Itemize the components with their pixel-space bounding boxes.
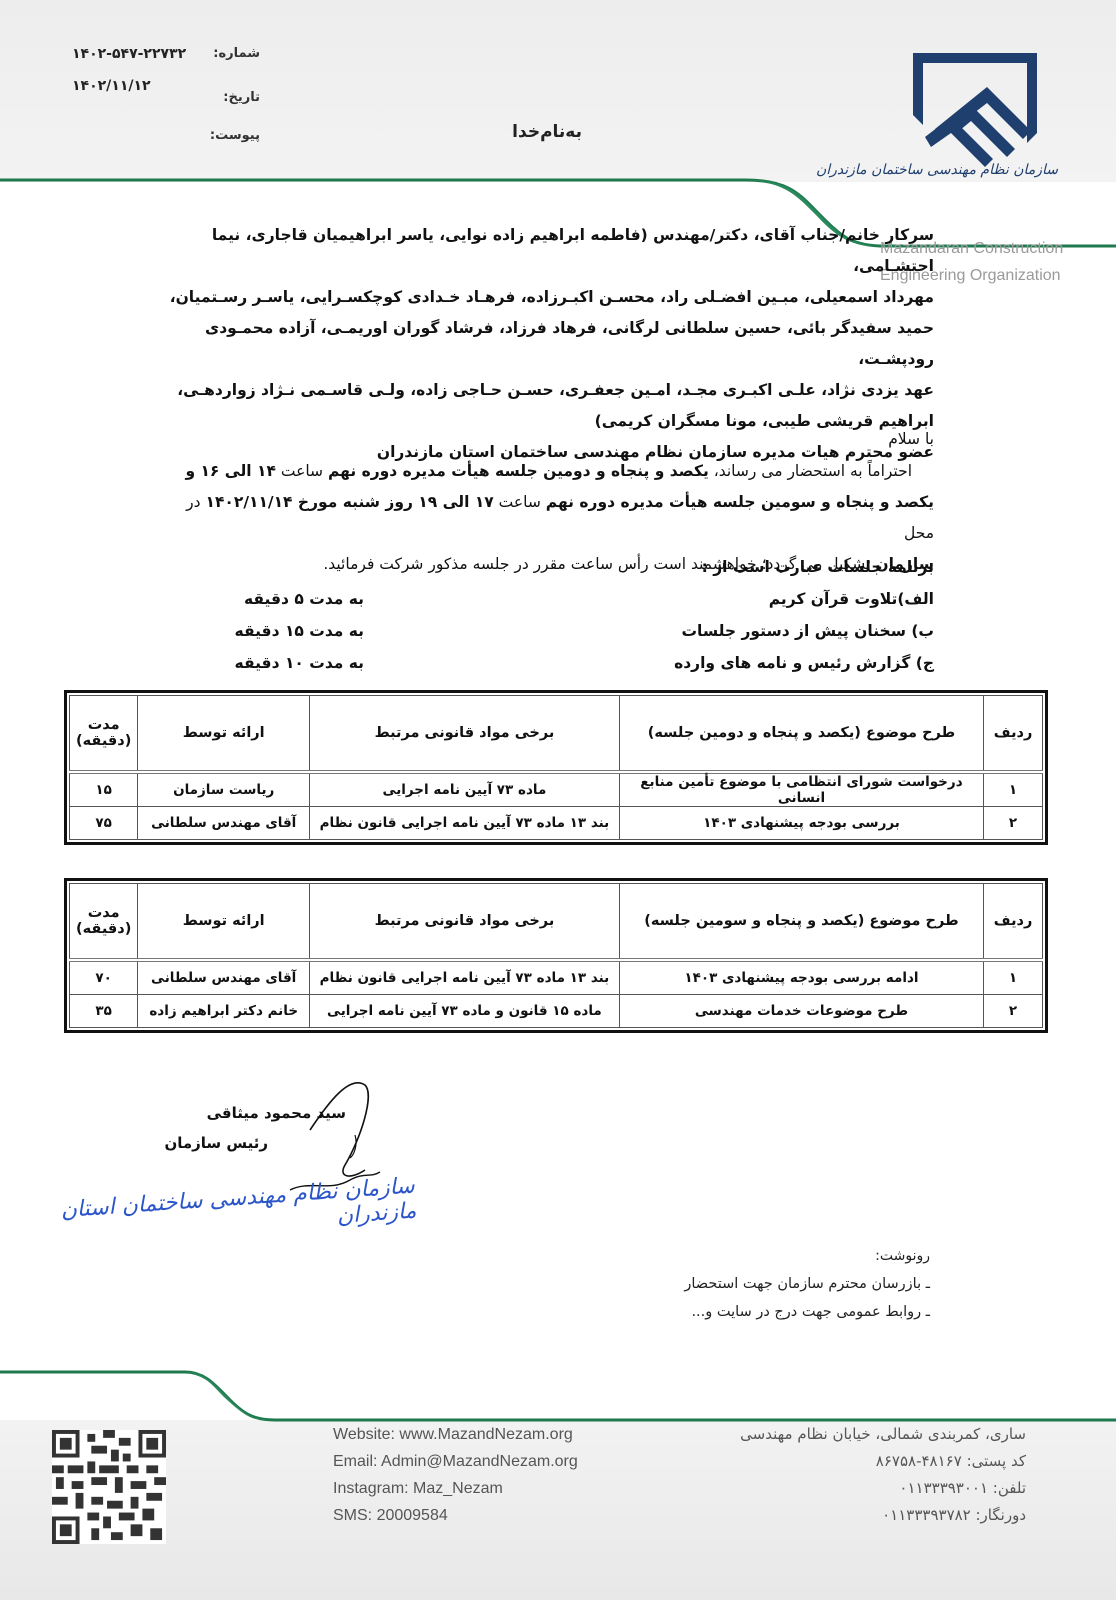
footer-contact-fa: ساری، کمربندی شمالی، خیابان نظام مهندسی … bbox=[740, 1421, 1026, 1529]
col-header-duration: مدت(دقیقه) bbox=[70, 884, 138, 961]
recipient-line: حمید سفیدگر بائی، حسین سلطانی لرگانی، فر… bbox=[164, 313, 934, 375]
footer-contact-en: Website: www.MazandNezam.org Email: Admi… bbox=[333, 1421, 578, 1529]
program-item-duration: به مدت ۱۵ دقیقه bbox=[235, 616, 364, 647]
date-value: ۱۴۰۲/۱۱/۱۲ bbox=[72, 78, 151, 94]
phone-number: تلفن: ۰۱۱۳۳۳۹۳۰۰۱ bbox=[740, 1475, 1026, 1502]
qr-code-icon[interactable] bbox=[52, 1430, 166, 1544]
bismillah-heading: به‌نام‌خدا bbox=[512, 122, 582, 142]
agenda-table-session-153: ردیف طرح موضوع (یکصد و پنجاه و سومین جلس… bbox=[64, 878, 1048, 1033]
col-header-duration: مدت(دقیقه) bbox=[70, 696, 138, 773]
program-item-label: ب) سخنان پیش از دستور جلسات bbox=[681, 616, 934, 647]
program-item-duration: به مدت ۵ دقیقه bbox=[244, 584, 364, 615]
col-header-presenter: ارائه توسط bbox=[138, 696, 310, 773]
table-row: ۲ طرح موضوعات خدمات مهندسی ماده ۱۵ قانون… bbox=[70, 995, 1043, 1028]
organization-stamp: سازمان نظام مهندسی ساختمان استان مازندرا… bbox=[0, 1174, 417, 1253]
col-header-presenter: ارائه توسط bbox=[138, 884, 310, 961]
greeting: با سلام bbox=[888, 424, 934, 455]
sms-number: SMS: 20009584 bbox=[333, 1502, 578, 1529]
footer-divider-curve bbox=[0, 1360, 1116, 1430]
table-row: ۱ ادامه بررسی بودجه پیشنهادی ۱۴۰۳ بند ۱۳… bbox=[70, 960, 1043, 995]
recipient-line: عهد یزدی نژاد، علـی اکبـری مجـد، امـین ج… bbox=[164, 375, 934, 406]
number-value: ۱۴۰۲-۵۴۷-۲۲۷۳۲ bbox=[72, 46, 186, 62]
attachment-label: پیوست: bbox=[210, 128, 260, 143]
address: ساری، کمربندی شمالی، خیابان نظام مهندسی bbox=[740, 1421, 1026, 1448]
logo-caption: سازمان نظام مهندسی ساختمان مازندران bbox=[816, 162, 1058, 178]
website-link[interactable]: Website: www.MazandNezam.org bbox=[333, 1421, 578, 1448]
table-row: ۱ درخواست شورای انتظامی با موضوع تأمین م… bbox=[70, 772, 1043, 807]
cc-item: ـ روابط عمومی جهت درج در سایت و... bbox=[691, 1304, 930, 1320]
col-header-subject: طرح موضوع (یکصد و پنجاه و دومین جلسه) bbox=[619, 696, 983, 773]
col-header-row: ردیف bbox=[984, 696, 1043, 773]
program-item-label: الف)تلاوت قرآن کریم bbox=[769, 584, 934, 615]
cc-item: ـ بازرسان محترم سازمان جهت استحضار bbox=[684, 1276, 930, 1292]
signatory-title: رئیس سازمان bbox=[164, 1134, 268, 1152]
signatory-name: سید محمود میثاقی bbox=[207, 1104, 346, 1122]
col-header-law: برخی مواد قانونی مرتبط bbox=[310, 696, 620, 773]
cc-title: رونوشت: bbox=[875, 1248, 930, 1264]
program-item-label: ج) گزارش رئیس و نامه های وارده bbox=[674, 648, 934, 679]
fax-number: دورنگار: ۰۱۱۳۳۳۹۳۷۸۲ bbox=[740, 1502, 1026, 1529]
recipients-block: سرکار خانم/جناب آقای، دکتر/مهندس (فاطمه … bbox=[164, 220, 934, 468]
instagram-handle[interactable]: Instagram: Maz_Nezam bbox=[333, 1475, 578, 1502]
date-label: تاریخ: bbox=[223, 90, 260, 105]
col-header-subject: طرح موضوع (یکصد و پنجاه و سومین جلسه) bbox=[619, 884, 983, 961]
recipient-line: ابراهیم قریشی طیبی، مونا مسگران کریمی) bbox=[164, 406, 934, 437]
number-label: شماره: bbox=[213, 46, 260, 61]
col-header-law: برخی مواد قانونی مرتبط bbox=[310, 884, 620, 961]
organization-logo-icon bbox=[895, 45, 1080, 205]
program-title: برنامه جلسات عبارت است از : bbox=[702, 552, 934, 583]
table-row: ۲ بررسی بودجه پیشنهادی ۱۴۰۳ بند ۱۳ ماده … bbox=[70, 807, 1043, 840]
email-link[interactable]: Email: Admin@MazandNezam.org bbox=[333, 1448, 578, 1475]
postal-code: کد پستی: ۴۸۱۶۷-۸۶۷۵۸ bbox=[740, 1448, 1026, 1475]
agenda-table-session-152: ردیف طرح موضوع (یکصد و پنجاه و دومین جلس… bbox=[64, 690, 1048, 845]
program-item-duration: به مدت ۱۰ دقیقه bbox=[235, 648, 364, 679]
recipient-line: سرکار خانم/جناب آقای، دکتر/مهندس (فاطمه … bbox=[164, 220, 934, 282]
recipient-line: مهرداد اسمعیلی، مبـین افضـلی راد، محسـن … bbox=[164, 282, 934, 313]
col-header-row: ردیف bbox=[984, 884, 1043, 961]
